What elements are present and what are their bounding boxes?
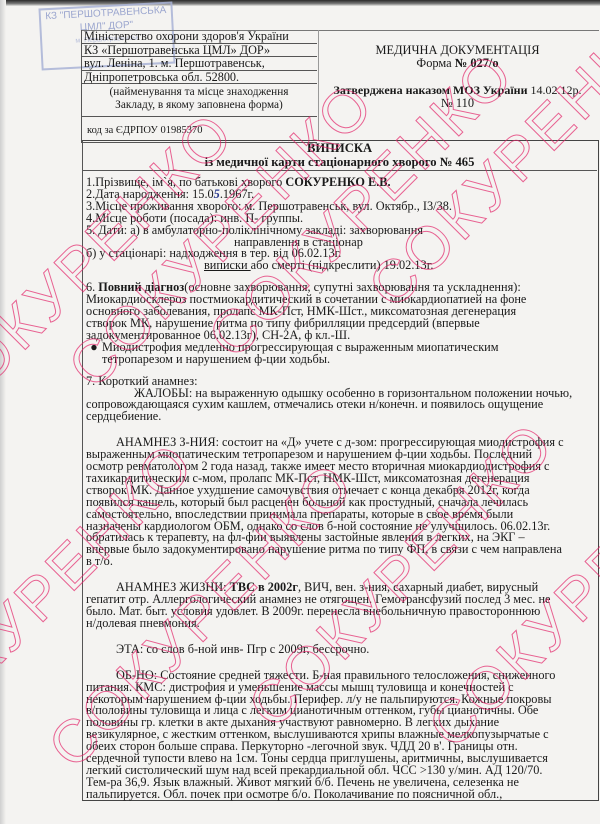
disease-history-line: в т/о. bbox=[86, 556, 596, 568]
form-number: Форма № 027/о bbox=[320, 57, 595, 70]
life-history-line: н/долевая пневмония. bbox=[86, 618, 596, 630]
document-title: ВИПИСКА із медичної карти стаціонарного … bbox=[82, 140, 597, 171]
bullet-line: тетропарезом и нарушением ф-ции ходьбы. bbox=[102, 354, 499, 366]
objective-line: пальпируется. Обл. почек при осмотре б/о… bbox=[86, 789, 596, 801]
patient-name-value: СОКУРЕНКО Е.В. bbox=[285, 175, 390, 189]
scan-left-edge bbox=[0, 0, 6, 824]
institution-line-2: КЗ «Першотравенська ЦМЛ» ДОР» bbox=[81, 44, 317, 58]
discharge-date: або смерті (підкреслити) 19.02.13г. bbox=[251, 258, 434, 272]
disability-note: ЭТА: со слов б-ной инв- Пгр с 2009г, бес… bbox=[86, 644, 596, 656]
discharge-underlined: виписки bbox=[204, 258, 251, 272]
institution-line-4: Дніпропетровська обл. 52800. bbox=[81, 71, 317, 85]
document-content: 1.Прізвище, ім`я, по батькові хворого СО… bbox=[86, 177, 596, 801]
form-approval-label: Затверджена наказом МОЗ України bbox=[333, 83, 527, 97]
diagnosis-bullet: ● Миодистрофия медленно прогрессирующая … bbox=[86, 342, 596, 366]
institution-caption-1: (найменування та місце знаходження bbox=[81, 86, 317, 99]
form-order-number: № 110 bbox=[320, 97, 595, 110]
institution-caption-2: Закладу, в якому заповнена форма) bbox=[81, 99, 317, 112]
institution-line-1: Міністерство охорони здоров'я України bbox=[81, 30, 317, 44]
form-info-block: МЕДИЧНА ДОКУМЕНТАЦІЯ Форма № 027/о Затве… bbox=[320, 44, 595, 110]
complaints-line: сопровождающаяся сухим кашлем, отмечалис… bbox=[86, 399, 596, 411]
institution-line-3: вул. Леніна, 1. м. Першотравенськ, bbox=[81, 57, 317, 71]
bullet-icon: ● bbox=[86, 342, 102, 366]
form-approval-date: 14.02.12р. bbox=[528, 83, 582, 97]
disease-history-line: впервые было задокументировано нарушение… bbox=[86, 544, 596, 556]
title-sub: із медичної карти стаціонарного хворого … bbox=[82, 156, 597, 170]
complaints-line: сердцебиение. bbox=[86, 411, 596, 423]
field-dates-discharge: виписки або смерті (підкреслити) 19.02.1… bbox=[86, 260, 596, 272]
institution-block: Міністерство охорони здоров'я України КЗ… bbox=[81, 30, 317, 143]
institution-left-border bbox=[81, 30, 82, 143]
institution-caption: (найменування та місце знаходження Закла… bbox=[81, 84, 317, 117]
header-divider bbox=[318, 30, 319, 140]
title-main: ВИПИСКА bbox=[82, 140, 597, 156]
form-number-prefix: Форма bbox=[416, 56, 454, 70]
form-number-value: № 027/о bbox=[455, 56, 499, 70]
